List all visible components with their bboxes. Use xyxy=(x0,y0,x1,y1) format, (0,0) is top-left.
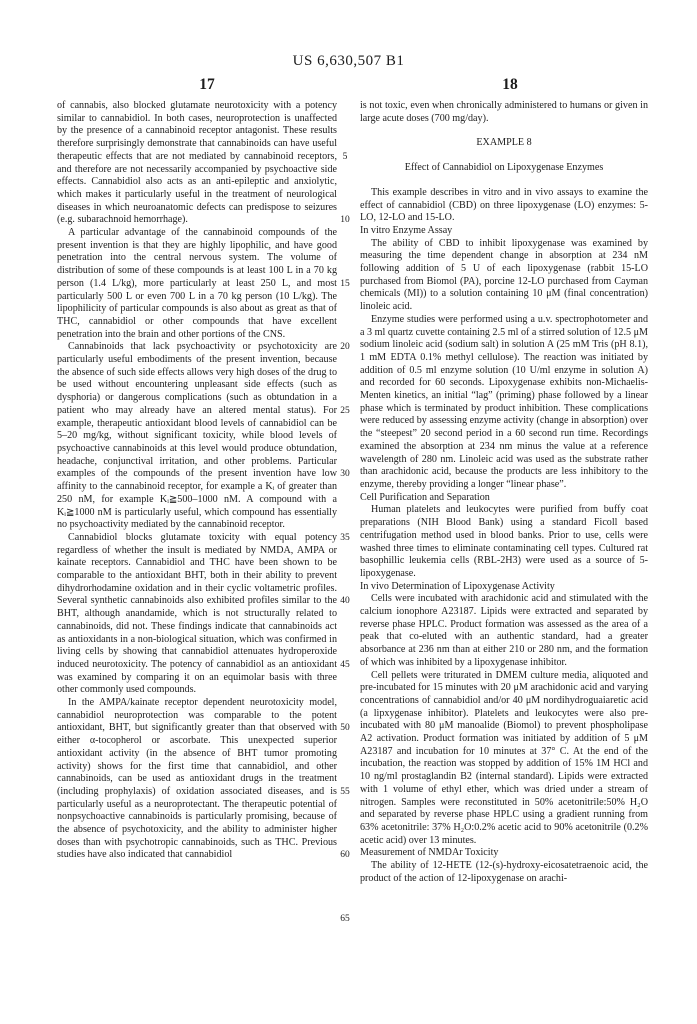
line-number: 35 xyxy=(334,532,356,545)
example-heading: EXAMPLE 8 xyxy=(360,137,648,150)
line-number: 30 xyxy=(334,468,356,481)
line-number: 40 xyxy=(334,595,356,608)
body-paragraph: The ability of 12-HETE (12-(s)-hydroxy-e… xyxy=(360,860,648,885)
body-paragraph: Human platelets and leukocytes were puri… xyxy=(360,504,648,580)
patent-page: US 6,630,507 B1 17 18 510152025303540455… xyxy=(0,0,697,1024)
body-paragraph: In the AMPA/kainate receptor dependent n… xyxy=(57,697,337,862)
line-number: 25 xyxy=(334,405,356,418)
body-paragraph: Cell pellets were triturated in DMEM cul… xyxy=(360,670,648,848)
line-number: 15 xyxy=(334,278,356,291)
section-heading: Measurement of NMDAr Toxicity xyxy=(360,847,648,860)
line-number: 20 xyxy=(334,341,356,354)
line-number: 50 xyxy=(334,722,356,735)
body-paragraph: A particular advantage of the cannabinoi… xyxy=(57,227,337,341)
line-number: 60 xyxy=(334,849,356,862)
body-paragraph: The ability of CBD to inhibit lipoxygena… xyxy=(360,238,648,314)
column-number-right: 18 xyxy=(470,76,550,94)
line-number-gutter: 5101520253035404550556065 xyxy=(334,100,356,960)
body-paragraph: of cannabis, also blocked glutamate neur… xyxy=(57,100,337,227)
line-number: 45 xyxy=(334,659,356,672)
body-paragraph: Cannabidiol blocks glutamate toxicity wi… xyxy=(57,532,337,697)
body-paragraph: Cells were incubated with arachidonic ac… xyxy=(360,593,648,669)
patent-number-header: US 6,630,507 B1 xyxy=(0,53,697,70)
body-paragraph: Enzyme studies were performed using a u.… xyxy=(360,314,648,492)
body-paragraph: This example describes in vitro and in v… xyxy=(360,187,648,225)
section-heading: In vivo Determination of Lipoxygenase Ac… xyxy=(360,581,648,594)
column-number-left: 17 xyxy=(167,76,247,94)
section-heading: In vitro Enzyme Assay xyxy=(360,225,648,238)
line-number: 5 xyxy=(334,151,356,164)
body-paragraph: Cannabinoids that lack psychoactivity or… xyxy=(57,341,337,532)
right-text-column: is not toxic, even when chronically admi… xyxy=(360,100,648,885)
line-number: 55 xyxy=(334,786,356,799)
body-paragraph: is not toxic, even when chronically admi… xyxy=(360,100,648,125)
section-heading: Cell Purification and Separation xyxy=(360,492,648,505)
line-number: 10 xyxy=(334,214,356,227)
left-text-column: of cannabis, also blocked glutamate neur… xyxy=(57,100,337,862)
line-number: 65 xyxy=(334,913,356,926)
example-heading: Effect of Cannabidiol on Lipoxygenase En… xyxy=(360,162,648,175)
